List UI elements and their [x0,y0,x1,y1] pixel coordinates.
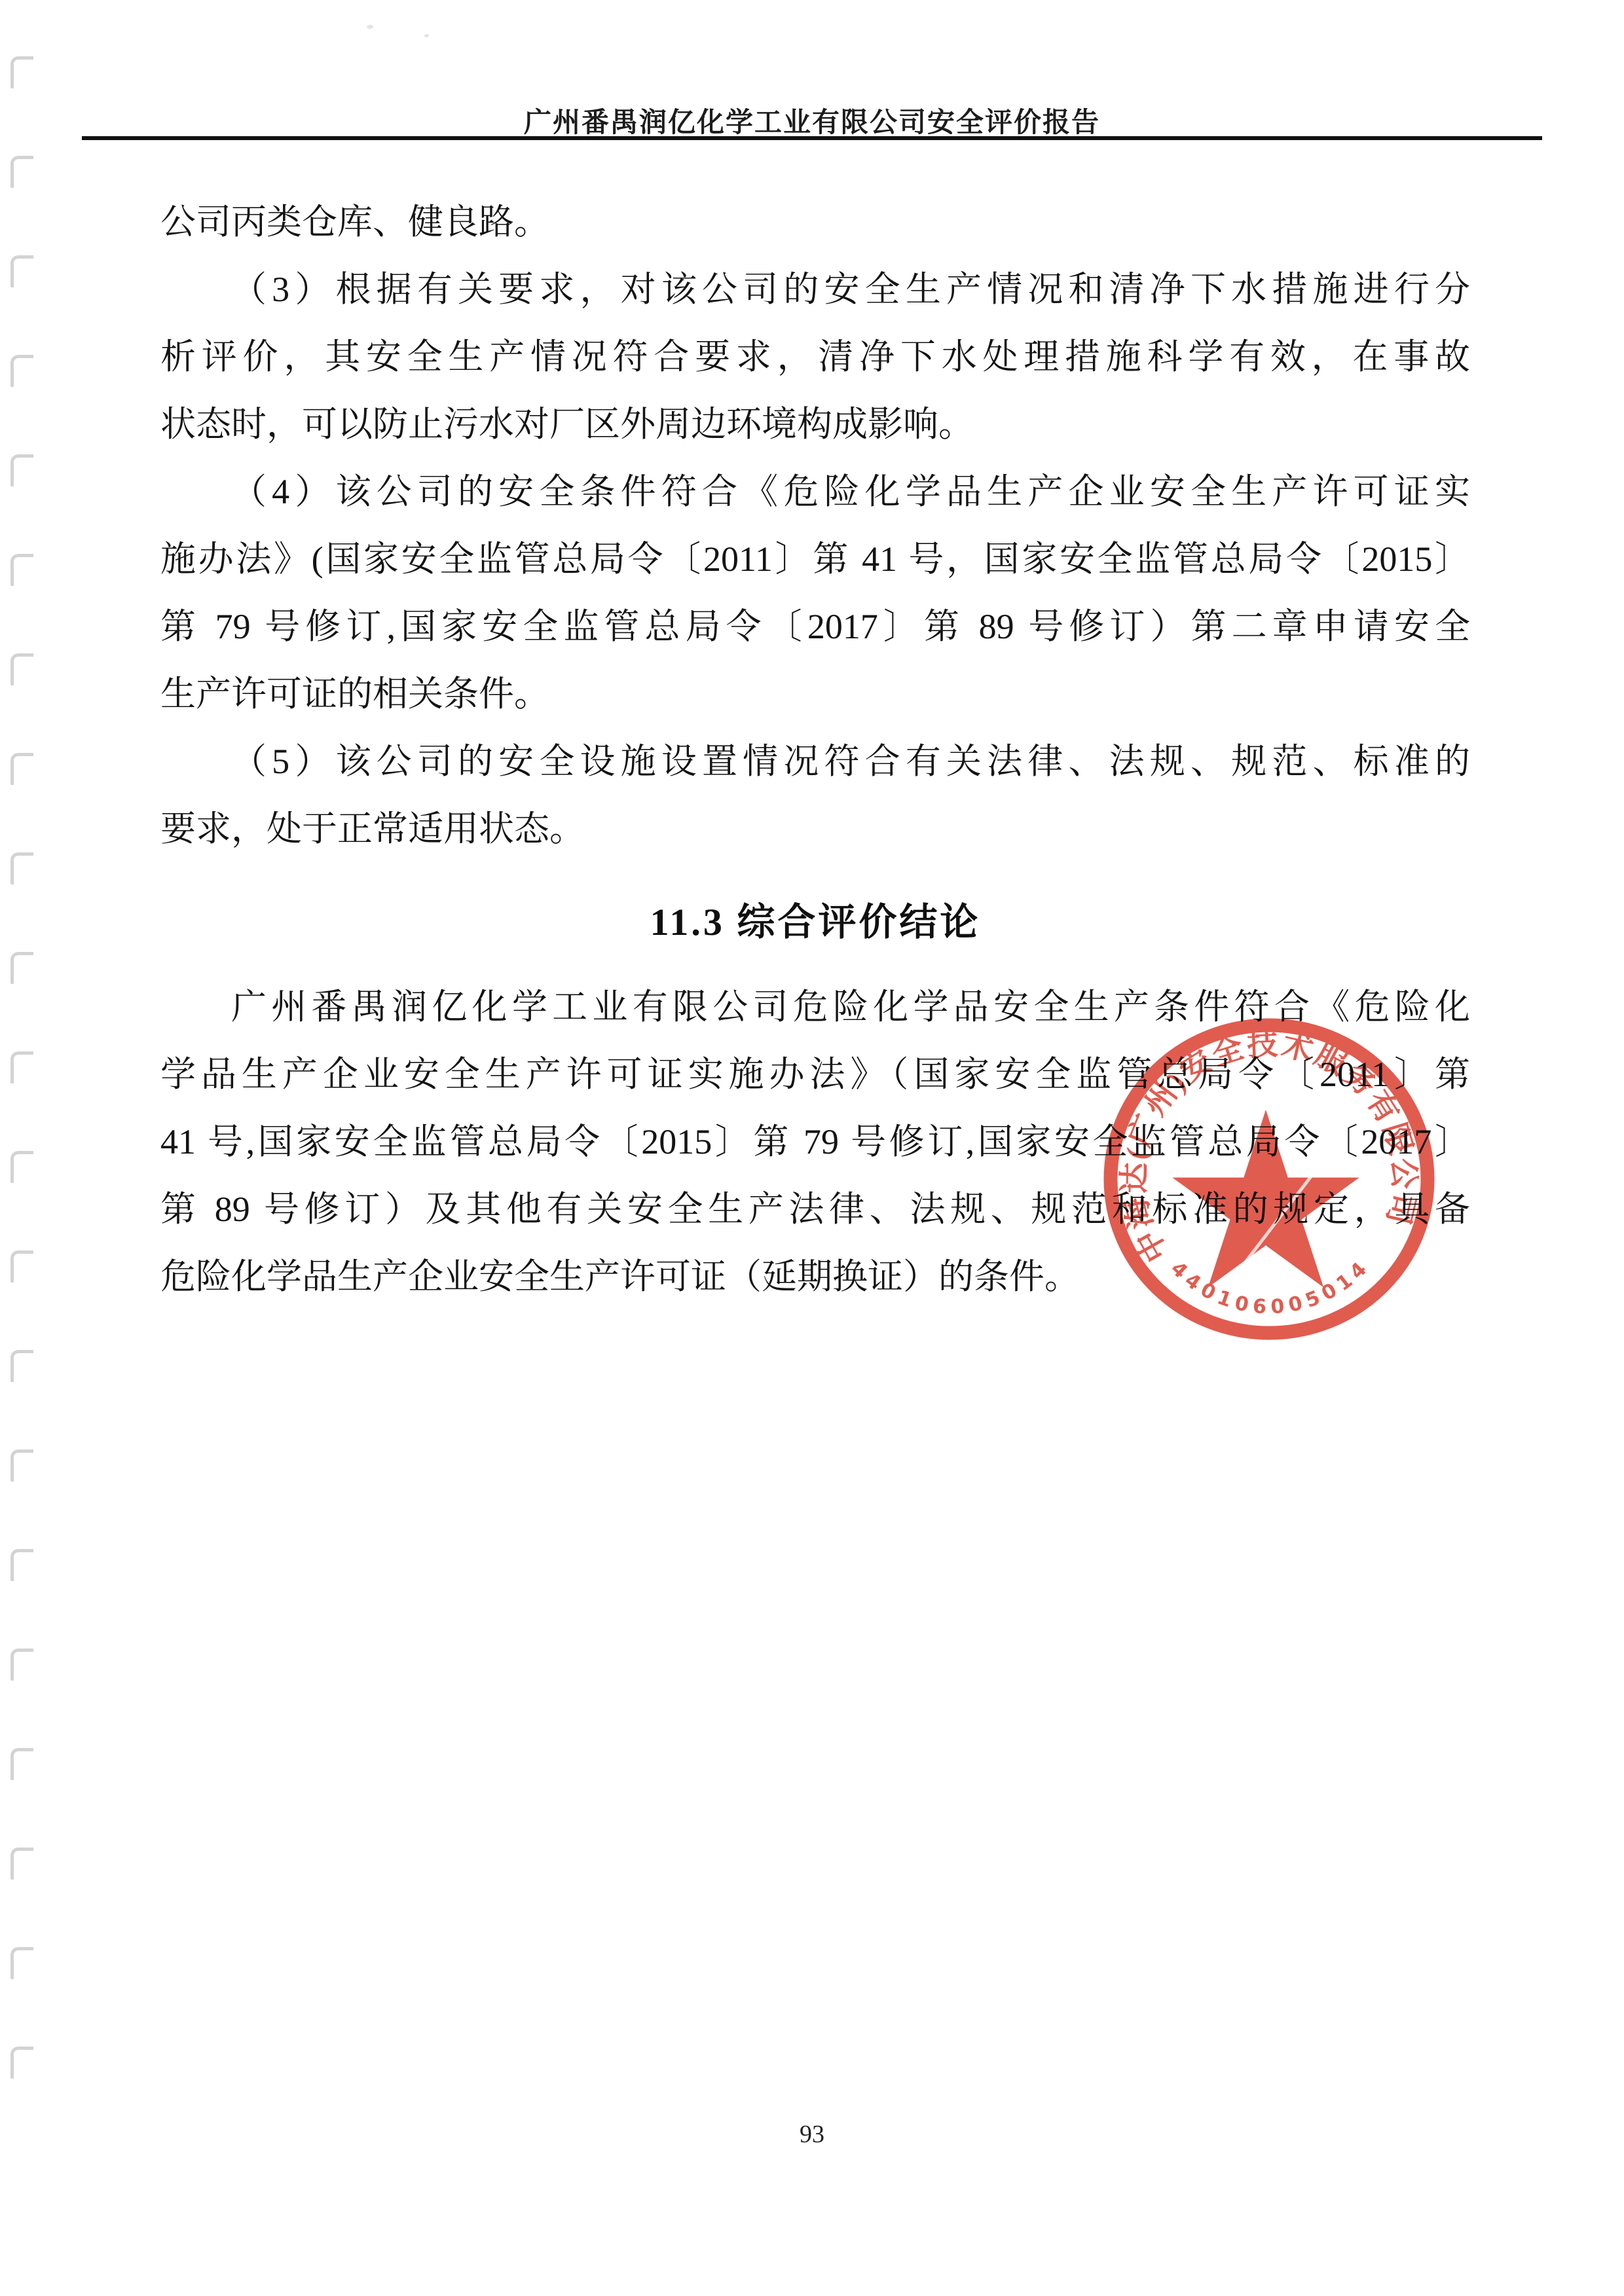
conclusion-paragraphs: 公司丙类仓库、健良路。（3）根据有关要求，对该公司的安全生产情况和清净下水措施进… [160,189,1470,863]
body-line: 状态时，可以防止污水对厂区外周边环境构成影响。 [160,391,1470,458]
header-rule [82,136,1542,140]
body-line: 生产许可证的相关条件。 [160,661,1470,728]
binding-mark [10,753,33,785]
binding-mark [10,952,33,984]
binding-mark [10,156,33,188]
scan-speck [424,34,429,37]
body-line: （4）该公司的安全条件符合《危险化学品生产企业安全生产许可证实 [160,458,1470,526]
binding-mark [10,1350,33,1382]
binding-mark [10,255,33,287]
section-heading: 11.3 综合评价结论 [160,863,1470,974]
binding-mark [10,1649,33,1681]
binding-mark [10,355,33,387]
binding-mark [10,1051,33,1084]
body-line: 析评价，其安全生产情况符合要求，清净下水处理措施科学有效，在事故 [160,323,1470,391]
binding-mark [10,56,33,88]
binding-mark [10,1449,33,1482]
body-line: （3）根据有关要求，对该公司的安全生产情况和清净下水措施进行分 [160,256,1470,323]
company-seal: 中海达(广州)安全技术服务有限公司 4401060050142 [1102,1017,1436,1344]
binding-mark [10,1848,33,1880]
binding-mark [10,2047,33,2079]
binding-mark [10,1549,33,1581]
binding-mark [10,1748,33,1780]
document-page: 广州番禺润亿化学工业有限公司安全评价报告 公司丙类仓库、健良路。（3）根据有关要… [0,0,1624,2296]
body-line: （5）该公司的安全设施设置情况符合有关法律、法规、规范、标准的 [160,728,1470,795]
body-line: 公司丙类仓库、健良路。 [160,189,1470,256]
body-line: 要求，处于正常适用状态。 [160,795,1470,863]
binding-mark [10,852,33,884]
page-number: 93 [0,2120,1624,2149]
binding-mark [10,1250,33,1283]
binding-mark [10,454,33,486]
report-header-title: 广州番禺润亿化学工业有限公司安全评价报告 [0,101,1624,140]
binding-mark [10,1151,33,1183]
scan-speck [367,25,373,29]
binding-mark [10,653,33,685]
body-line: 施办法》(国家安全监管总局令〔2011〕第 41 号，国家安全监管总局令〔201… [160,526,1470,593]
seal-star-icon [1172,1110,1359,1287]
binding-mark [10,554,33,586]
body-line: 第 79 号修订,国家安全监管总局令〔2017〕第 89 号修订）第二章申请安全 [160,593,1470,661]
binding-mark [10,1947,33,1979]
